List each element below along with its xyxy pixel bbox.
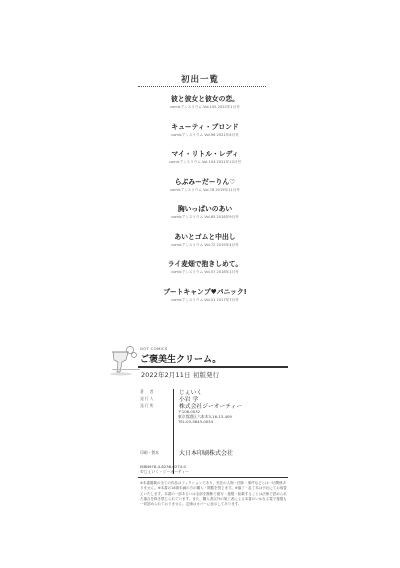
legal-notice: ※本書掲載の全ての作品はフィクションであり、実在の人物・団体・事件などとは一切関…: [140, 481, 287, 507]
first-appearances-list: 彼と彼女と彼女の恋。comicアンスリウム Vol.105 2022年1月号 キ…: [130, 94, 280, 314]
list-item: 胸いっぱいのあいcomicアンスリウム Vol.65 2018年9月号: [130, 204, 280, 232]
title-rule: [138, 366, 288, 368]
entry-source: comicアンスリウム Vol.104 2021年12月号: [130, 159, 280, 165]
title-rule-thin: [112, 369, 140, 370]
credits: 著 者じぇいく 発行人小岩 学 発行所株式会社ジーオーティー: [140, 388, 242, 409]
entry-source: comicアンスリウム Vol.65 2018年9月号: [130, 214, 280, 220]
entry-title: 彼と彼女と彼女の恋。: [130, 94, 280, 104]
phone: TEL:03-5843-0034: [178, 419, 232, 424]
copyright: ©じぇいく・ジーオーティー: [140, 469, 189, 474]
list-item: あいとゴムと中出しcomicアンスリウム Vol.72 2019年4月号: [130, 232, 280, 260]
list-item: キューティ・ブロンドcomicアンスリウム Vol.96 2021年4月号: [130, 122, 280, 150]
entry-source: comicアンスリウム Vol.105 2022年1月号: [130, 104, 280, 110]
entry-source: comicアンスリウム Vol.57 2018年1月号: [130, 269, 280, 275]
publisher-logo-icon: [108, 344, 138, 376]
notice-rule: [138, 477, 288, 478]
colophon-page: 初出一覧 彼と彼女と彼女の恋。comicアンスリウム Vol.105 2022年…: [0, 0, 400, 568]
entry-title: らぶみーだーりん♡: [130, 177, 280, 187]
book-title: ご褒美生クリーム。: [140, 352, 221, 365]
printer-key: 印刷・製本: [140, 450, 175, 456]
credit-key: 発行所: [140, 403, 175, 409]
entry-source: comicアンスリウム Vol.96 2021年4月号: [130, 132, 280, 138]
entry-title: ブートキャンプ♥パニック!: [130, 287, 280, 297]
list-item: ライ麦畑で抱きしめて。comicアンスリウム Vol.57 2018年1月号: [130, 259, 280, 287]
printer-value: 大日本印刷株式会社: [175, 448, 233, 457]
printer-row: 印刷・製本 大日本印刷株式会社: [140, 448, 233, 457]
credit-key: 発行人: [140, 396, 175, 402]
entry-title: キューティ・ブロンド: [130, 122, 280, 132]
entry-title: マイ・リトル・レディ: [130, 149, 280, 159]
entry-title: あいとゴムと中出し: [130, 232, 280, 242]
entry-source: comicアンスリウム Vol.51 2017年7月号: [130, 297, 280, 303]
list-item: 彼と彼女と彼女の恋。comicアンスリウム Vol.105 2022年1月号: [130, 94, 280, 122]
entry-source: comicアンスリウム Vol.72 2019年4月号: [130, 242, 280, 248]
list-item: らぶみーだーりん♡comicアンスリウム Vol.78 2019年11月号: [130, 177, 280, 205]
list-item: マイ・リトル・レディcomicアンスリウム Vol.104 2021年12月号: [130, 149, 280, 177]
entry-title: ライ麦畑で抱きしめて。: [130, 259, 280, 269]
entry-source: comicアンスリウム Vol.78 2019年11月号: [130, 187, 280, 193]
credit-row: 発行所株式会社ジーオーティー: [140, 402, 242, 409]
credit-key: 著 者: [140, 389, 175, 395]
entry-title: 胸いっぱいのあい: [130, 204, 280, 214]
publication-date: 2022年2月11日 初版発行: [141, 370, 219, 379]
imprint-label: GOT COMICS: [140, 346, 168, 351]
list-item: ブートキャンプ♥パニック!comicアンスリウム Vol.51 2017年7月号: [130, 287, 280, 315]
isbn-block: ISBN978-4-8236-0274-0 ©じぇいく・ジーオーティー: [140, 464, 189, 474]
publisher-address: 〒106-0032 東京都港区六本木3-16-13-409 TEL:03-584…: [178, 409, 232, 425]
first-appearances-title: 初出一覧: [0, 73, 400, 85]
dotted-divider: [138, 86, 266, 87]
